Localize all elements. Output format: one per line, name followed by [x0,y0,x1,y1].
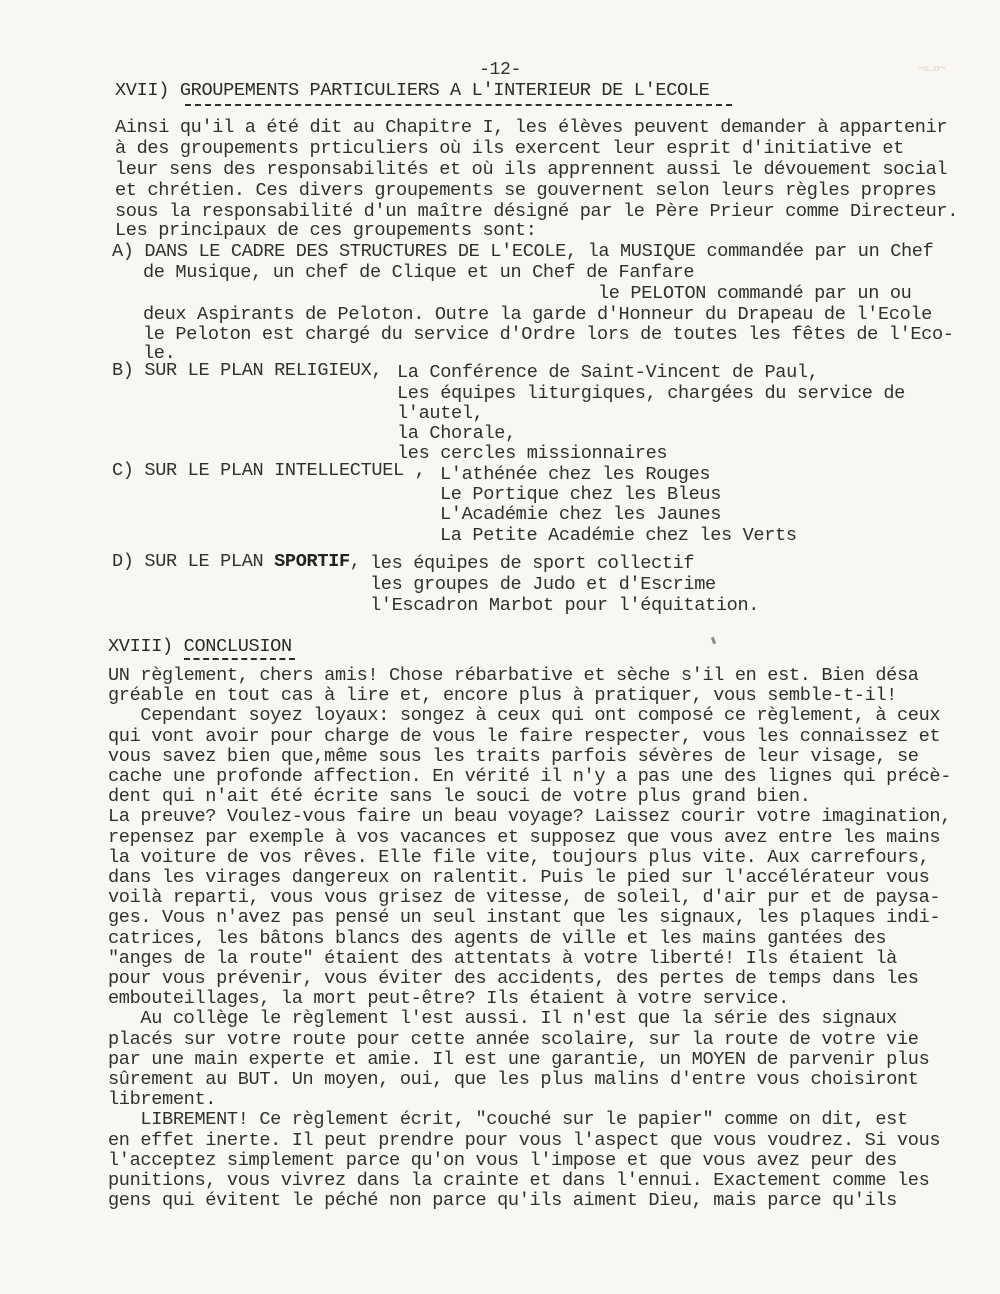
section-xvii-title: GROUPEMENTS PARTICULIERS A L'INTERIEUR D… [180,80,710,101]
conclusion-line: "anges de la route" étaient des attentat… [108,948,897,969]
section-xvii-heading: XVII) GROUPEMENTS PARTICULIERS A L'INTER… [115,80,709,101]
item-d-line: les groupes de Judo et d'Escrime [370,574,716,595]
conclusion-line: qui vont avoir pour charge de vous le fa… [108,726,940,747]
item-b-line: la Chorale, [397,423,516,444]
item-d-label-suffix: , [350,551,361,572]
conclusion-line: dans les virages dangereux on ralentit. … [108,867,929,888]
conclusion-line: cache une profonde affection. En vérité … [108,766,951,787]
item-a-line: deux Aspirants de Peloton. Outre la gard… [143,304,932,325]
conclusion-line: punitions, vous vivrez dans la crainte e… [108,1170,929,1191]
conclusion-line: embouteillages, la mort peut-être? Ils é… [108,988,789,1009]
item-b-label: B) SUR LE PLAN RELIGIEUX, [112,360,382,381]
section-xviii-title: CONCLUSION [184,636,292,657]
item-d-line: les équipes de sport collectif [370,553,694,574]
conclusion-line: UN règlement, chers amis! Chose rébarbat… [108,665,919,686]
conclusion-line: voilà reparti, vous vous grisez de vites… [108,887,940,908]
section-xvii-title-underline [185,104,732,106]
page-number: -12- [479,60,521,81]
conclusion-line: l'acceptez simplement parce qu'on vous l… [108,1150,897,1171]
faint-pencil-mark: ~s..o~ [918,62,945,74]
intro-line: et chrétien. Ces divers groupements se g… [115,180,936,201]
conclusion-line: LIBREMENT! Ce règlement écrit, "couché s… [108,1109,908,1130]
conclusion-line: sûrement au BUT. Un moyen, oui, que les … [108,1069,919,1090]
conclusion-line: dent qui n'ait été écrite sans le souci … [108,786,811,807]
item-d-label-bold: SPORTIF [274,551,350,572]
item-a-line: de Musique, un chef de Clique et un Chef… [143,262,694,283]
item-c-line: Le Portique chez les Bleus [440,484,721,505]
item-a-text: la MUSIQUE commandée par un Chef [588,241,934,262]
item-d-line: l'Escadron Marbot pour l'équitation. [370,595,759,616]
document-page: -12- XVII) GROUPEMENTS PARTICULIERS A L'… [0,0,1000,1294]
conclusion-line: pour vous prévenir, vous éviter des acci… [108,968,919,989]
intro-line: Ainsi qu'il a été dit au Chapitre I, les… [115,117,947,138]
conclusion-line: gréable en tout cas à lire et, encore pl… [108,685,897,706]
item-a-first-line: A) DANS LE CADRE DES STRUCTURES DE L'ECO… [112,241,933,262]
section-xviii-heading: XVIII) CONCLUSION [108,636,292,657]
item-a-label: A) DANS LE CADRE DES STRUCTURES DE L'ECO… [112,241,577,262]
conclusion-line: la voiture de vos rêves. Elle file vite,… [108,847,929,868]
conclusion-line: placés sur votre route pour cette année … [108,1029,919,1050]
item-d-label: D) SUR LE PLAN SPORTIF, [112,551,361,572]
intro-line: à des groupements prticuliers où ils exe… [115,138,904,159]
section-xvii-number: XVII) [115,80,169,101]
item-a-line: le PELOTON commandé par un ou [598,283,911,304]
conclusion-line: gens qui évitent le péché non parce qu'i… [108,1190,897,1211]
conclusion-line: repensez par exemple à vos vacances et s… [108,827,940,848]
intro-line: Les principaux de ces groupements sont: [115,220,537,241]
conclusion-line: catrices, les bâtons blancs des agents d… [108,928,886,949]
item-c-line: La Petite Académie chez les Verts [440,525,797,546]
conclusion-line: Cependant soyez loyaux: songez à ceux qu… [108,705,940,726]
item-b-line: La Conférence de Saint-Vincent de Paul, [397,362,819,383]
conclusion-line: ges. Vous n'avez pas pensé un seul insta… [108,907,940,928]
item-a-line: le Peloton est chargé du service d'Ordre… [143,324,954,345]
item-d-label-prefix: D) SUR LE PLAN [112,551,274,572]
item-c-label: C) SUR LE PLAN INTELLECTUEL , [112,460,425,481]
section-xviii-title-underline [184,658,295,660]
item-c-line: L'athénée chez les Rouges [440,464,710,485]
item-b-line: les cercles missionnaires [397,443,667,464]
item-b-line: l'autel, [397,403,483,424]
conclusion-line: vous savez bien que,même sous les traits… [108,746,919,767]
ink-speck [711,637,716,645]
item-c-line: L'Académie chez les Jaunes [440,504,721,525]
conclusion-line: librement. [108,1089,216,1110]
item-b-line: Les équipes liturgiques, chargées du ser… [397,383,905,404]
conclusion-line: Au collège le règlement l'est aussi. Il … [108,1008,897,1029]
section-xviii-number: XVIII) [108,636,173,657]
conclusion-line: en effet inerte. Il peut prendre pour vo… [108,1130,940,1151]
intro-line: leur sens des responsabilités et où ils … [115,159,947,180]
intro-line: sous la responsabilité d'un maître désig… [115,201,958,222]
conclusion-line: par une main experte et amie. Il est une… [108,1049,929,1070]
conclusion-line: La preuve? Voulez-vous faire un beau voy… [108,806,951,827]
